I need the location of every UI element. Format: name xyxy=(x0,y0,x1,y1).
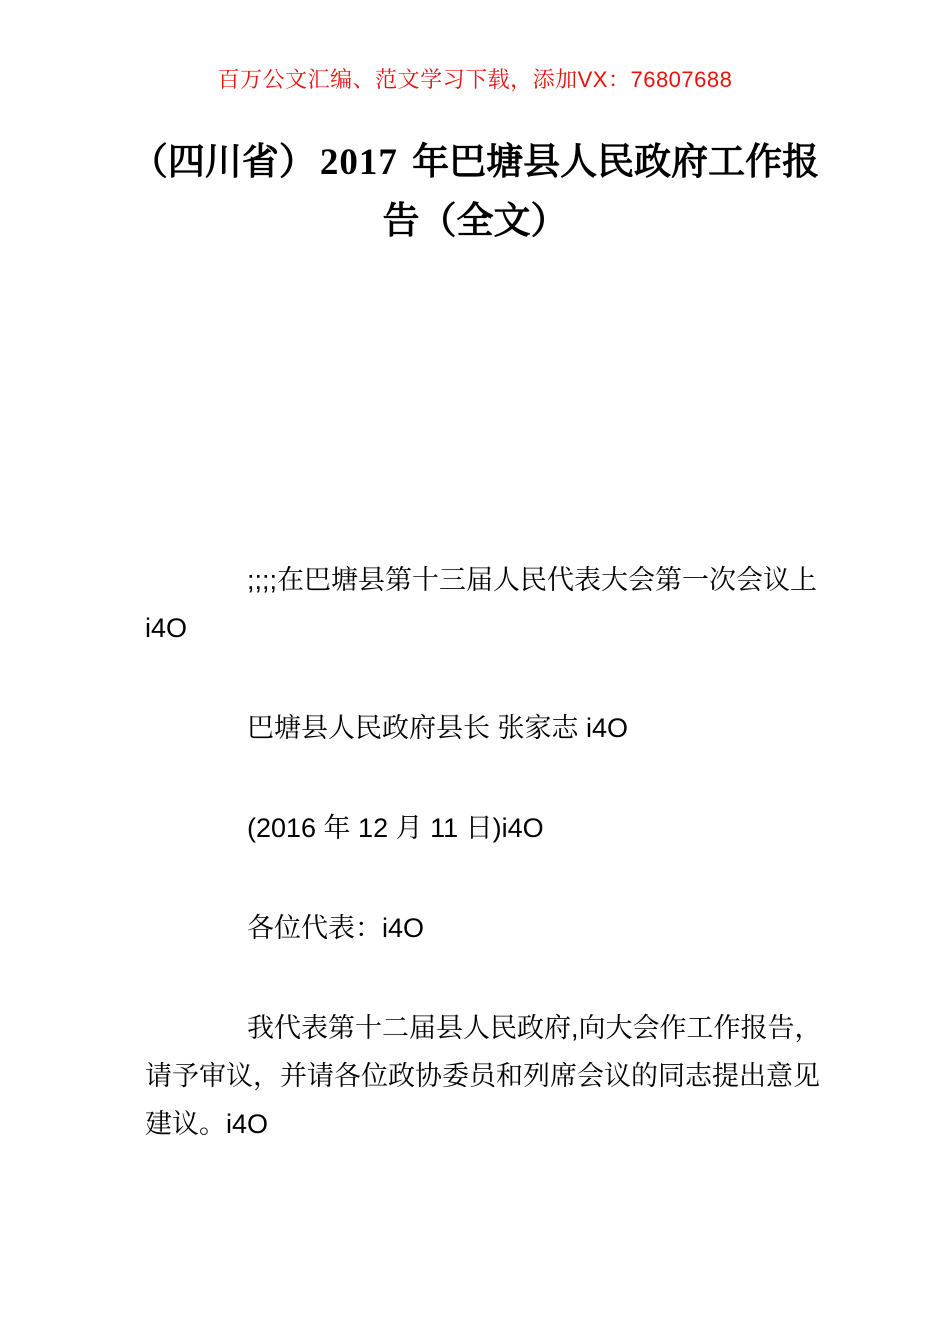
document-page: 百万公文汇编、范文学习下载，添加VX：76807688 （四川省）2017 年巴… xyxy=(0,0,950,1344)
text-line: i4O xyxy=(145,604,815,652)
paragraph: 各位代表：i4O xyxy=(145,904,815,952)
paragraph: 我代表第十二届县人民政府,向大会作工作报告，请予审议，并请各位政协委员和列席会议… xyxy=(145,1004,815,1148)
title-year-number: 2017 xyxy=(316,142,402,183)
paragraph: (2016 年 12 月 11 日)i4O xyxy=(145,804,815,852)
paragraph: 巴塘县人民政府县长 张家志 i4O xyxy=(145,704,815,752)
text-line: 请予审议，并请各位政协委员和列席会议的同志提出意见 xyxy=(145,1052,815,1100)
text-line: 巴塘县人民政府县长 张家志 i4O xyxy=(145,704,815,752)
title-line: 告（全文） xyxy=(0,192,950,250)
text-line: (2016 年 12 月 11 日)i4O xyxy=(145,804,815,852)
promo-header-text: 百万公文汇编、范文学习下载，添加VX：76807688 xyxy=(0,66,950,94)
paragraph: ;;;;在巴塘县第十三届人民代表大会第一次会议上i4O xyxy=(145,556,815,652)
text-line: 我代表第十二届县人民政府,向大会作工作报告， xyxy=(145,1004,815,1052)
title-line: （四川省）2017 年巴塘县人民政府工作报 xyxy=(0,133,950,192)
text-line: 建议。i4O xyxy=(145,1100,815,1148)
document-body: ;;;;在巴塘县第十三届人民代表大会第一次会议上i4O巴塘县人民政府县长 张家志… xyxy=(145,556,815,1148)
text-line: ;;;;在巴塘县第十三届人民代表大会第一次会议上 xyxy=(145,556,815,604)
text-line: 各位代表：i4O xyxy=(145,904,815,952)
document-title: （四川省）2017 年巴塘县人民政府工作报告（全文） xyxy=(0,133,950,250)
